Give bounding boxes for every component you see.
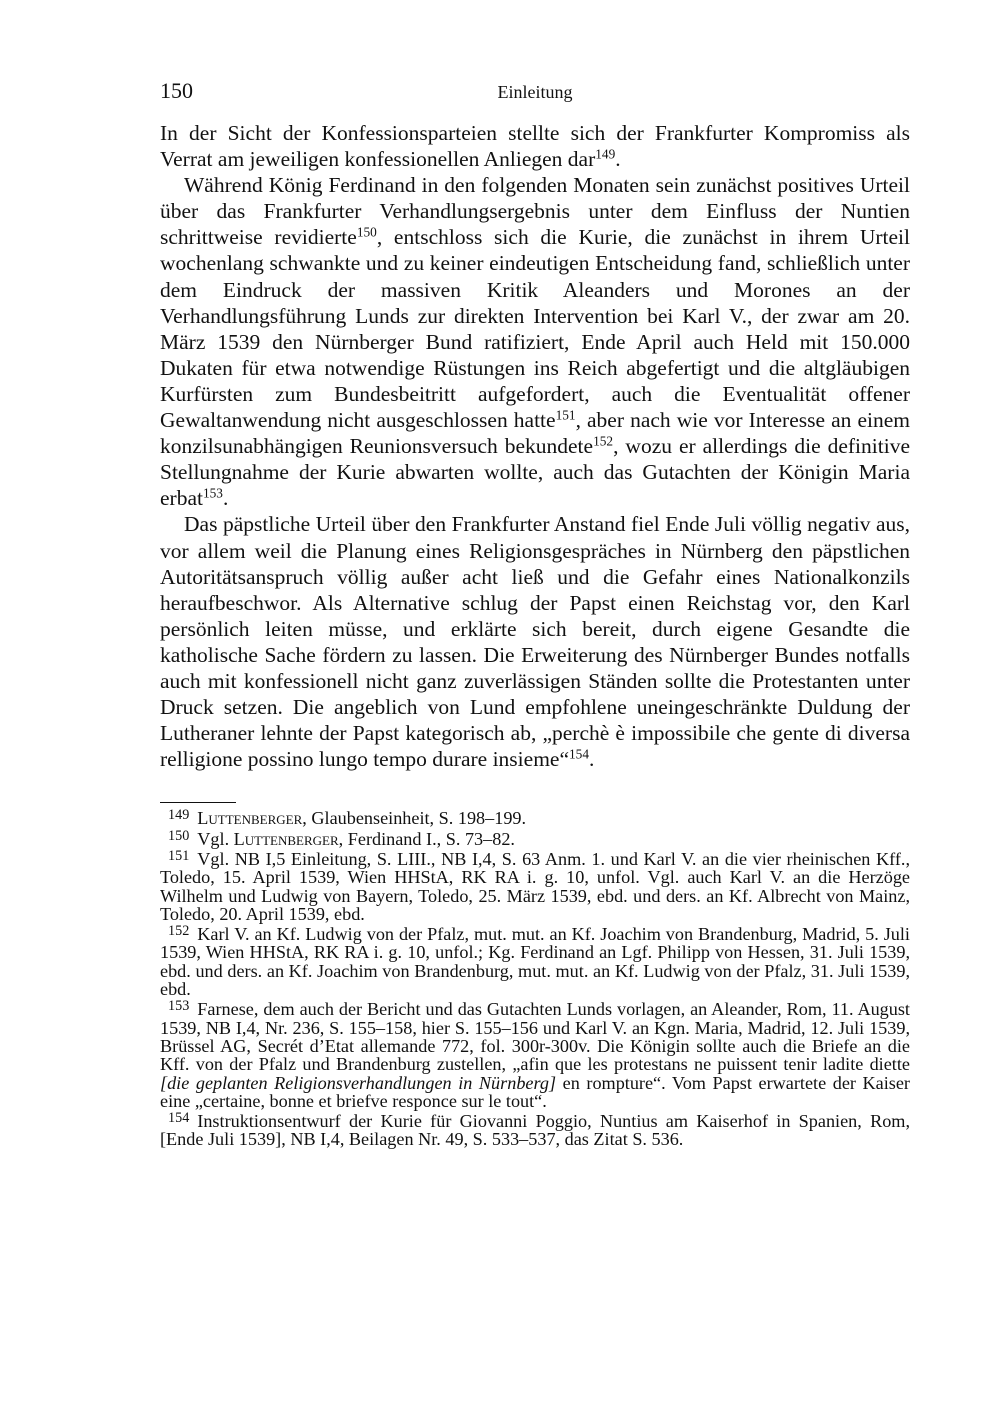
text-run: Instruktionsentwurf der Kurie für Giovan… xyxy=(160,1111,910,1149)
main-text: In der Sicht der Konfessionsparteien ste… xyxy=(160,120,910,772)
footnote-number: 151 xyxy=(168,848,189,864)
footnote-number: 152 xyxy=(168,923,189,939)
book-page: 150 Einleitung In der Sicht der Konfessi… xyxy=(160,78,910,1151)
footnote-reference[interactable]: 153 xyxy=(203,486,223,501)
paragraph: In der Sicht der Konfessionsparteien ste… xyxy=(160,120,910,172)
footnote-153: 153Farnese, dem auch der Bericht und das… xyxy=(160,1000,910,1110)
text-run: . xyxy=(615,147,620,171)
footnote-154: 154Instruktionsentwurf der Kurie für Gio… xyxy=(160,1112,910,1149)
footnote-reference[interactable]: 154 xyxy=(569,747,589,762)
page-header: 150 Einleitung xyxy=(160,78,910,120)
footnote-reference[interactable]: 149 xyxy=(595,147,615,162)
text-run: , entschloss sich die Kurie, die zunächs… xyxy=(160,225,910,432)
footnote-number: 149 xyxy=(168,807,189,823)
footnote-152: 152Karl V. an Kf. Ludwig von der Pfalz, … xyxy=(160,925,910,998)
footnote-separator xyxy=(160,802,236,803)
footnote-151: 151Vgl. NB I,5 Einleitung, S. LIII., NB … xyxy=(160,850,910,923)
editorial-insertion: [die geplanten Religionsverhandlungen in… xyxy=(160,1073,556,1093)
footnote-149: 149Luttenberger, Glaubenseinheit, S. 198… xyxy=(160,809,910,827)
paragraph: Während König Ferdinand in den folgenden… xyxy=(160,172,910,511)
footnote-number: 153 xyxy=(168,998,189,1014)
paragraph: Das päpstliche Urteil über den Frankfurt… xyxy=(160,511,910,772)
text-run: . xyxy=(589,747,594,771)
footnote-reference[interactable]: 151 xyxy=(556,408,576,423)
footnote-reference[interactable]: 152 xyxy=(593,434,613,449)
footnote-reference[interactable]: 150 xyxy=(357,225,377,240)
text-run: Farnese, dem auch der Bericht und das Gu… xyxy=(160,999,910,1074)
running-head: Einleitung xyxy=(160,82,910,103)
footnote-number: 150 xyxy=(168,828,189,844)
footnote-150: 150Vgl. Luttenberger, Ferdinand I., S. 7… xyxy=(160,830,910,848)
text-run: Vgl. NB I,5 Einleitung, S. LIII., NB I,4… xyxy=(160,849,910,924)
footnote-number: 154 xyxy=(168,1110,189,1126)
footnotes: 149Luttenberger, Glaubenseinheit, S. 198… xyxy=(160,809,910,1148)
text-run: Das päpstliche Urteil über den Frankfurt… xyxy=(160,512,910,771)
text-run: Vgl. xyxy=(197,829,233,849)
text-run: , Glaubenseinheit, S. 198–199. xyxy=(302,808,526,828)
text-run: Karl V. an Kf. Ludwig von der Pfalz, mut… xyxy=(160,924,910,999)
author-name: Luttenberger xyxy=(197,808,302,828)
text-run: . xyxy=(223,486,228,510)
text-run: In der Sicht der Konfessionsparteien ste… xyxy=(160,121,910,171)
author-name: Luttenberger xyxy=(234,829,339,849)
text-run: , Ferdinand I., S. 73–82. xyxy=(339,829,515,849)
